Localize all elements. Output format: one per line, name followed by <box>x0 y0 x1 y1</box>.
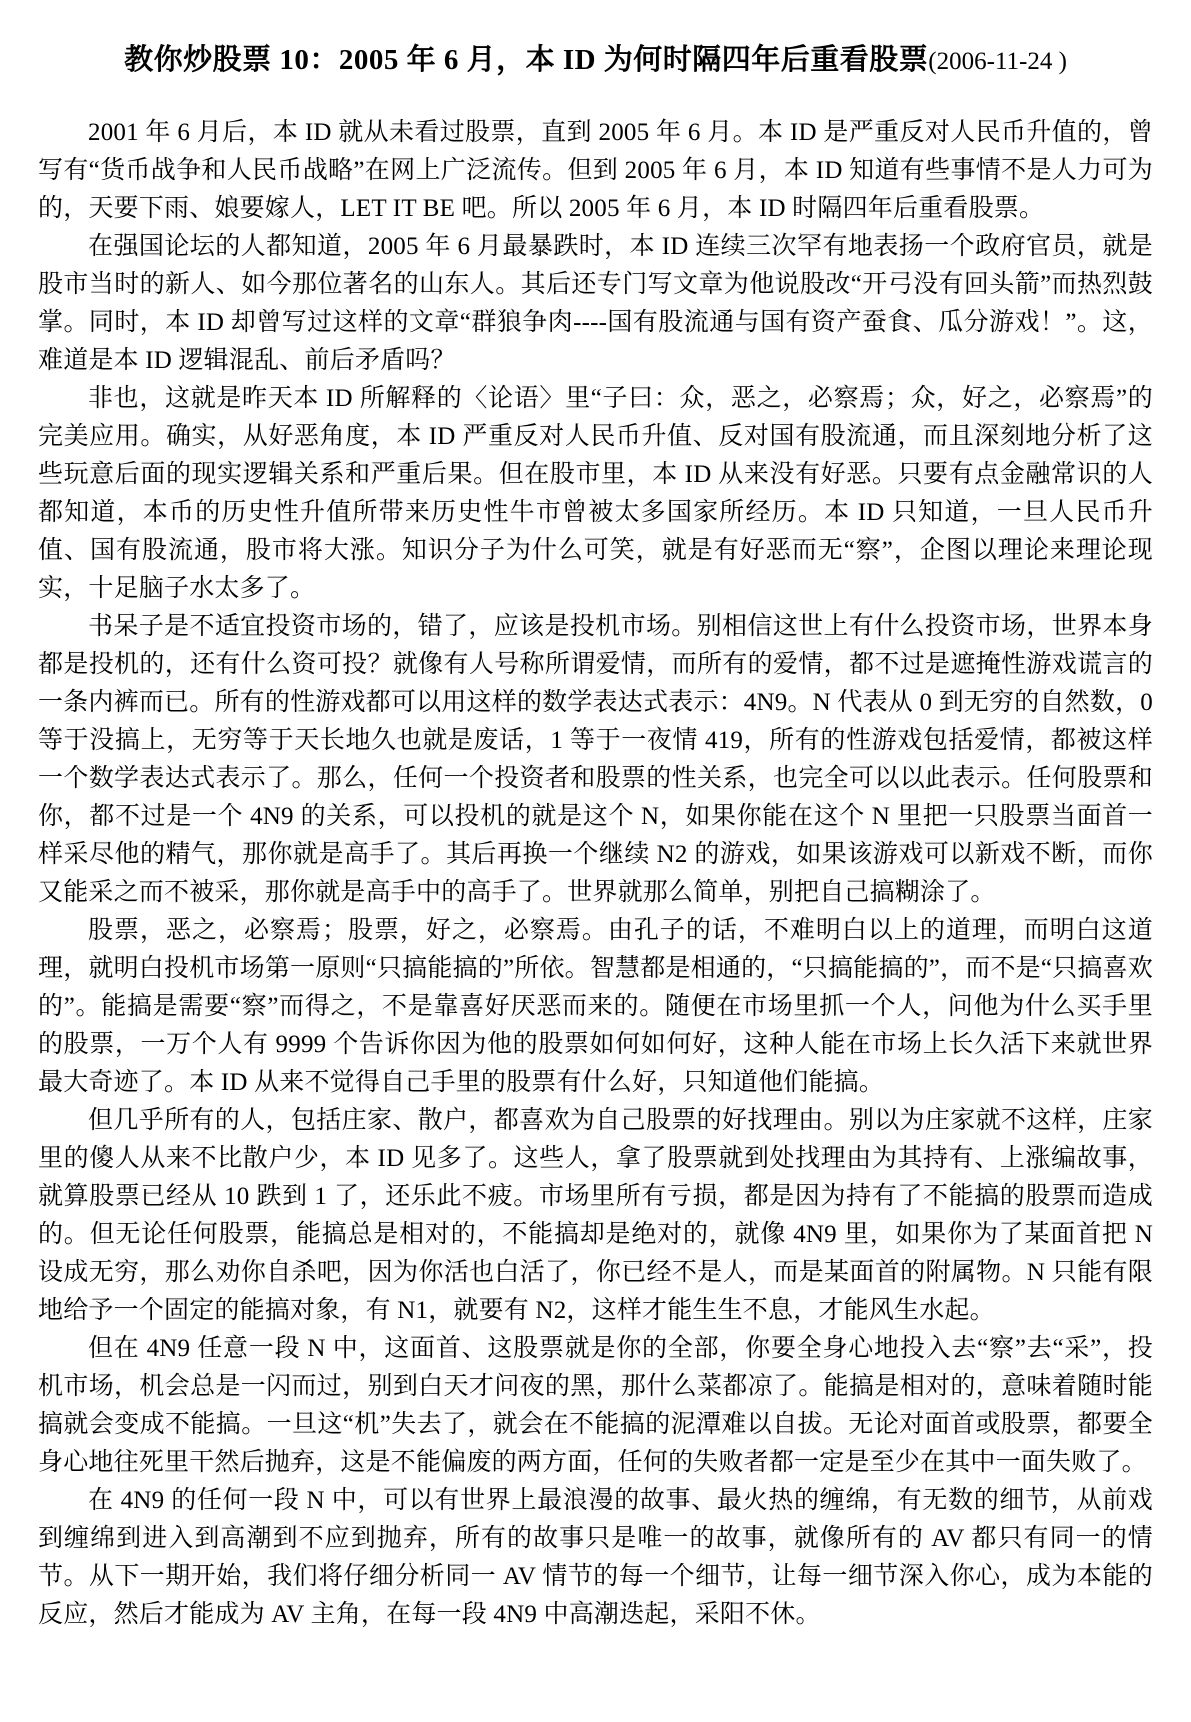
paragraph: 但几乎所有的人，包括庄家、散户，都喜欢为自己股票的好找理由。别以为庄家就不这样，… <box>38 1102 1153 1330</box>
paragraph: 非也，这就是昨天本 ID 所解释的〈论语〉里“子曰：众，恶之，必察焉；众，好之，… <box>38 380 1153 608</box>
page-title-text: 教你炒股票 10：2005 年 6 月，本 ID 为何时隔四年后重看股票 <box>124 44 928 76</box>
paragraph: 但在 4N9 任意一段 N 中，这面首、这股票就是你的全部，你要全身心地投入去“… <box>38 1330 1153 1482</box>
paragraph: 在 4N9 的任何一段 N 中，可以有世界上最浪漫的故事、最火热的缠绵，有无数的… <box>38 1482 1153 1634</box>
paragraph: 股票，恶之，必察焉；股票，好之，必察焉。由孔子的话，不难明白以上的道理，而明白这… <box>38 912 1153 1102</box>
paragraph: 2001 年 6 月后，本 ID 就从未看过股票，直到 2005 年 6 月。本… <box>38 114 1153 228</box>
paragraph: 书呆子是不适宜投资市场的，错了，应该是投机市场。别相信这世上有什么投资市场，世界… <box>38 608 1153 912</box>
document-page: 教你炒股票 10：2005 年 6 月，本 ID 为何时隔四年后重看股票(200… <box>0 0 1191 1722</box>
paragraph: 在强国论坛的人都知道，2005 年 6 月最暴跌时，本 ID 连续三次罕有地表扬… <box>38 228 1153 380</box>
document-body: 2001 年 6 月后，本 ID 就从未看过股票，直到 2005 年 6 月。本… <box>38 114 1153 1634</box>
page-title-date: (2006-11-24 ) <box>928 48 1067 75</box>
page-title: 教你炒股票 10：2005 年 6 月，本 ID 为何时隔四年后重看股票(200… <box>38 42 1153 78</box>
